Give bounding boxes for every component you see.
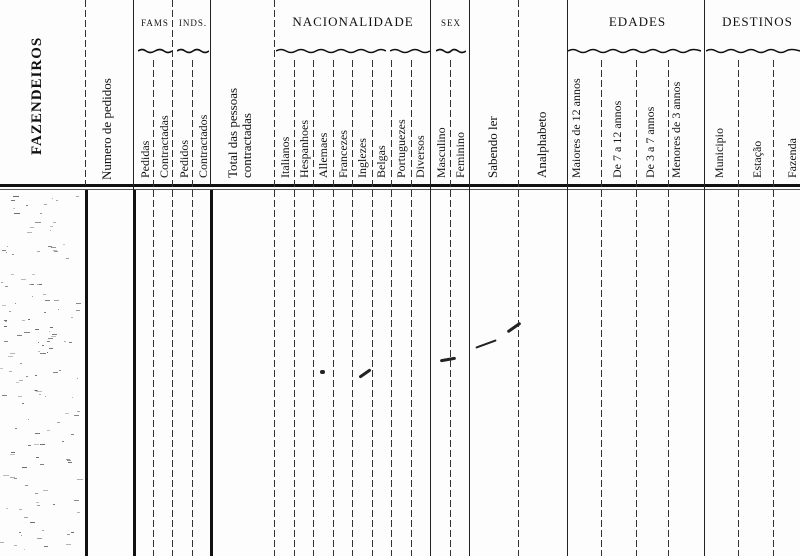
header-rule-thin (0, 189, 800, 190)
scan-noise (35, 493, 38, 494)
scan-noise (2, 395, 7, 396)
scan-noise (53, 222, 56, 223)
scan-noise (77, 512, 79, 513)
scan-noise (30, 227, 34, 228)
column-rule (85, 190, 88, 556)
scan-noise (77, 479, 83, 480)
header-inglezes: Inglezes (355, 110, 369, 178)
header-sabendo-ler: Sabendo ler (486, 45, 500, 178)
column-rule (294, 60, 295, 556)
header-portuguezes: Portuguezes (394, 80, 408, 178)
scan-noise (71, 532, 74, 533)
scan-noise (48, 338, 53, 339)
scan-noise (66, 258, 69, 259)
group-destinos: DESTINOS (710, 14, 800, 30)
header-inds-pedidos: Pedidos (177, 110, 191, 178)
scan-noise (14, 213, 20, 214)
column-rule (274, 0, 275, 556)
scan-noise (2, 250, 7, 251)
pen-mark (475, 339, 496, 348)
brace-destinos (706, 48, 800, 54)
header-feminino: Feminino (453, 105, 467, 178)
pen-mark (320, 370, 325, 374)
header-fazenda: Fazenda (785, 115, 799, 178)
scan-noise (4, 341, 8, 342)
scan-noise (26, 205, 27, 206)
scan-noise (40, 444, 45, 445)
scan-noise (5, 286, 8, 287)
scan-noise (20, 363, 21, 364)
group-nacionalidade: NACIONALIDADE (278, 14, 428, 30)
scan-noise (37, 284, 42, 285)
scan-noise (3, 475, 9, 476)
scan-noise (15, 428, 17, 429)
scan-noise (28, 445, 32, 446)
scan-noise (22, 403, 24, 404)
scan-noise (36, 391, 42, 392)
scan-noise (36, 457, 39, 458)
scan-noise (18, 396, 22, 397)
scan-noise (28, 419, 29, 420)
column-rule (372, 60, 373, 556)
scan-noise (14, 545, 17, 546)
scan-noise (24, 332, 30, 333)
scan-noise (47, 341, 49, 342)
scan-noise (31, 284, 34, 285)
header-rule (0, 184, 800, 187)
scan-noise (76, 310, 79, 311)
scan-noise (63, 244, 65, 245)
scan-noise (67, 534, 70, 535)
scan-noise (37, 505, 41, 506)
scan-noise (49, 348, 52, 349)
header-total-pessoas: Total das pessoas contractadas (226, 28, 258, 178)
scan-noise (10, 353, 16, 354)
header-de-3-a-7: De 3 a 7 annos (643, 55, 657, 178)
scan-noise (37, 251, 40, 252)
header-numero-pedidos: Numero de pedidos (100, 20, 114, 180)
group-sex: SEX (434, 18, 468, 28)
scan-noise (16, 382, 19, 383)
scan-noise (42, 530, 43, 531)
scan-noise (51, 247, 57, 248)
column-rule (85, 0, 86, 185)
scan-noise (24, 549, 25, 550)
scan-noise (50, 226, 53, 227)
scan-noise (22, 467, 27, 468)
group-edades: EDADES (575, 14, 700, 30)
column-rule (704, 0, 705, 556)
scan-noise (51, 336, 56, 337)
scan-noise (35, 329, 39, 330)
scan-noise (50, 230, 51, 231)
column-rule (210, 0, 211, 185)
scan-noise (24, 517, 28, 518)
header-fams-pedidas: Pedidas (138, 110, 152, 178)
column-rule (411, 60, 412, 556)
scan-noise (42, 345, 44, 346)
scan-noise (50, 327, 52, 328)
brace-nacionalidade-2 (390, 48, 430, 54)
scan-noise (45, 396, 47, 397)
column-rule (518, 0, 519, 556)
scan-noise (19, 532, 21, 533)
scan-noise (27, 232, 31, 233)
brace-nacionalidade-1 (276, 48, 386, 54)
scan-noise (0, 368, 3, 369)
scan-noise (10, 454, 15, 455)
column-rule (738, 60, 739, 556)
scan-noise (69, 342, 72, 343)
scan-noise (17, 335, 21, 336)
scan-noise (53, 372, 59, 373)
scan-noise (64, 341, 65, 342)
scan-noise (8, 356, 13, 357)
column-rule (172, 0, 173, 556)
scan-noise (71, 317, 73, 318)
column-rule (133, 190, 136, 556)
column-rule (313, 60, 314, 556)
scan-noise (11, 200, 16, 201)
column-rule (352, 60, 353, 556)
scan-noise (6, 252, 7, 253)
scan-noise (13, 208, 14, 209)
scan-noise (40, 353, 45, 354)
column-rule (636, 60, 637, 556)
header-estacao: Estação (750, 118, 764, 178)
brace-sex (436, 48, 466, 54)
scan-noise (2, 305, 6, 306)
scan-noise (40, 464, 44, 465)
scan-noise (32, 274, 35, 275)
column-rule (773, 60, 774, 556)
header-de-7-a-12: De 7 a 12 annos (610, 55, 624, 178)
scan-noise (59, 370, 61, 371)
scan-noise (68, 462, 72, 463)
brace-edades (568, 48, 701, 54)
scan-noise (44, 312, 46, 313)
scan-noise (66, 544, 71, 545)
header-hespanhoes: Hespanhoes (297, 95, 311, 178)
column-rule (567, 0, 568, 556)
scan-noise (13, 196, 18, 197)
scan-noise (74, 415, 79, 416)
scan-noise (54, 300, 59, 301)
pen-mark (507, 322, 522, 334)
header-diversos: Diversos (413, 100, 427, 178)
scan-noise (77, 378, 78, 379)
scan-noise (65, 413, 69, 414)
scan-noise (57, 422, 59, 423)
scan-noise (11, 452, 15, 453)
scan-noise (11, 274, 14, 275)
scan-noise (43, 490, 48, 491)
scan-noise (47, 430, 50, 431)
scan-noise (9, 371, 12, 372)
scan-noise (62, 441, 64, 442)
header-menores-3: Menores de 3 annos (669, 58, 701, 178)
scan-noise (43, 294, 46, 295)
group-fams: FAMS (137, 18, 173, 28)
header-maiores-12: Maiores de 12 annos (569, 55, 599, 178)
scan-noise (36, 502, 39, 503)
scan-noise (38, 351, 41, 352)
scan-noise (9, 311, 11, 312)
pen-mark (358, 368, 371, 378)
brace-inds (177, 48, 209, 54)
scan-noise (4, 320, 7, 321)
header-italianos: Italianos (278, 110, 292, 178)
header-belgas: Belgas (374, 125, 388, 178)
scan-noise (14, 478, 18, 479)
scan-noise (25, 485, 28, 486)
column-rule (601, 60, 602, 556)
scan-noise (30, 522, 35, 523)
header-masculino: Masculino (434, 98, 448, 178)
scan-noise (6, 508, 7, 509)
column-rule (153, 60, 154, 556)
ledger-sheet: FAZENDEIROS Numero de pedidos FAMS Pedid… (0, 0, 800, 556)
brace-fams (138, 48, 172, 54)
column-rule (333, 60, 334, 556)
scan-noise (58, 309, 59, 310)
scan-noise (35, 433, 41, 434)
scan-noise (19, 380, 23, 381)
column-rule (450, 60, 451, 556)
scan-noise (35, 390, 36, 391)
scan-noise (67, 460, 71, 461)
scan-noise (29, 284, 31, 285)
scan-noise (40, 213, 42, 214)
column-rule (430, 0, 431, 556)
scan-noise (53, 504, 55, 505)
column-rule (668, 60, 669, 556)
scan-noise (76, 303, 81, 304)
header-francezes: Francezes (336, 100, 350, 178)
pen-mark (440, 357, 456, 363)
scan-noise (47, 352, 48, 353)
column-rule (391, 60, 392, 556)
header-fams-contractadas: Contractadas (157, 70, 171, 178)
scan-noise (71, 434, 74, 435)
scan-noise (22, 320, 25, 321)
header-fazendeiros: FAZENDEIROS (30, 30, 44, 155)
scan-noise (56, 200, 58, 201)
header-allemaes: Allemaes (316, 105, 330, 178)
scan-noise (35, 375, 36, 376)
column-rule (469, 0, 470, 556)
scan-noise (15, 303, 16, 304)
scan-noise (5, 321, 7, 322)
scan-noise (1, 282, 3, 283)
scan-noise (49, 331, 50, 332)
scan-noise (77, 411, 80, 412)
header-analphabeto: Analphabeto (535, 40, 549, 178)
scan-noise (32, 296, 33, 297)
scan-noise (44, 546, 48, 547)
scan-noise (39, 394, 41, 395)
scan-noise (76, 196, 79, 197)
scan-noise (12, 254, 14, 255)
scan-noise (54, 251, 58, 252)
scan-noise (26, 376, 27, 377)
scan-noise (44, 204, 47, 205)
scan-noise (74, 500, 79, 501)
scan-noise (28, 319, 29, 320)
scan-noise (72, 397, 73, 398)
header-municipio: Municipio (712, 100, 726, 178)
scan-noise (35, 222, 41, 223)
scan-noise (34, 444, 39, 445)
column-rule (192, 60, 193, 556)
scan-noise (38, 342, 39, 343)
scan-noise (19, 509, 22, 510)
scan-noise (53, 250, 57, 251)
scan-noise (37, 538, 42, 539)
scan-noise (0, 542, 4, 543)
scan-noise (4, 326, 7, 327)
header-inds-contractados: Contractados (196, 80, 210, 178)
column-rule (210, 190, 213, 556)
scan-noise (21, 535, 22, 536)
scan-noise (21, 279, 26, 280)
scan-noise (52, 198, 53, 199)
scan-noise (7, 246, 9, 247)
scan-noise (45, 300, 50, 301)
group-inds: INDS. (175, 18, 211, 28)
